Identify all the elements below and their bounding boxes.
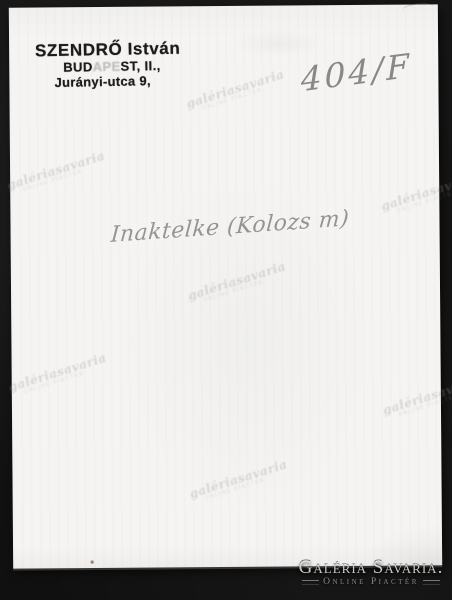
stamp-street-line: Jurányi-utca 9,: [35, 72, 195, 90]
logo-rule-left: [302, 580, 319, 585]
stamp-city-part1: BUD: [63, 59, 93, 75]
galeria-savaria-logo-watermark: Galéria Savaria. Online Piactér: [293, 558, 449, 587]
handwritten-inventory-number: 404/F: [300, 46, 412, 100]
logo-title: Galéria Savaria.: [293, 558, 449, 577]
photographer-stamp: SZENDRŐ István BUDAPEST, II., Jurányi-ut…: [35, 38, 196, 90]
handwritten-caption: Inaktelke (Kolozs m): [110, 205, 371, 248]
paper-blemish: [90, 560, 94, 564]
diagonal-watermark: galériasavaria online piactér: [6, 153, 97, 197]
logo-subtitle: Online Piactér: [323, 577, 419, 587]
scanned-photo-back: SZENDRŐ István BUDAPEST, II., Jurányi-ut…: [0, 0, 452, 600]
logo-subtitle-row: Online Piactér: [293, 577, 449, 587]
diagonal-watermark: galériasavaria online piactér: [7, 355, 98, 399]
diagonal-watermark: galériasavaria online piactér: [380, 174, 452, 218]
diagonal-watermark: galériasavaria online piactér: [185, 72, 276, 116]
faint-pencil-scribble: [401, 2, 434, 16]
stamp-city-part2: ST, II.,: [120, 58, 160, 74]
diagonal-watermark: galériasavaria online piactér: [381, 378, 452, 422]
diagonal-watermark: galériasavaria online piactér: [186, 264, 277, 308]
photo-verso-paper: SZENDRŐ István BUDAPEST, II., Jurányi-ut…: [9, 4, 442, 568]
diagonal-watermark: galériasavaria online piactér: [188, 462, 279, 506]
logo-rule-right: [423, 580, 440, 585]
stamp-city-part-faded: APE: [93, 59, 121, 75]
